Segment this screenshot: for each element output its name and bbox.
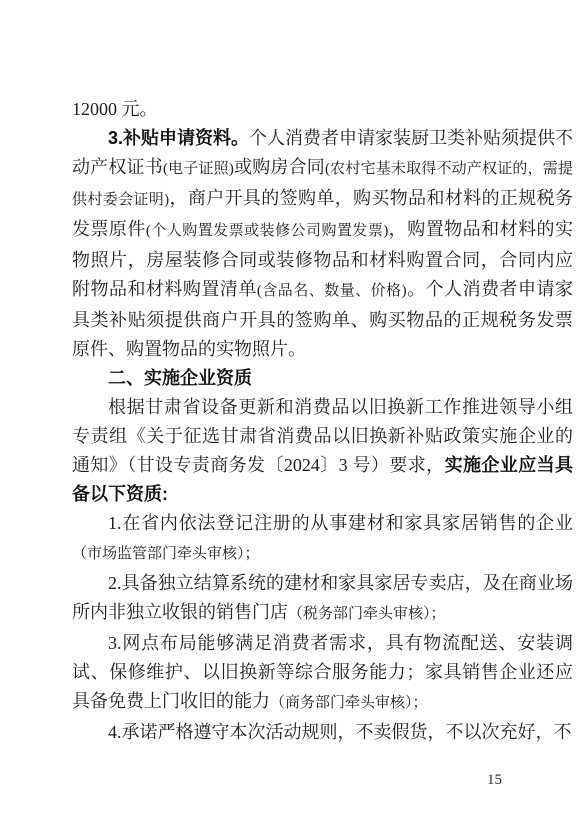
qualification-item-2: 2.具备独立结算系统的建材和家具家居专卖店，及在商业场所内非独立收银的销售门店（… (72, 569, 573, 629)
qualification-item-3: 3.网点布局能够满足消费者需求，具有物流配送、安装调试、保修维护、以旧换新等综合… (72, 629, 573, 718)
para-amount-continuation: 12000 元。 (72, 95, 573, 124)
qualification-item-4: 4.承诺严格遵守本次活动规则，不卖假货，不以次充好，不 (72, 718, 573, 747)
text-run-normal: 或购房合同 (234, 157, 325, 177)
text-run-normal: 12000 元。 (72, 99, 158, 119)
heading-section-two-enterprise-qualifications: 二、实施企业资质 (72, 364, 573, 393)
text-run-normal: 1.在省内依法登记注册的从事建材和家具家居销售的企业 (108, 513, 573, 533)
text-run-small: （市场监管部门牵头审核）； (72, 546, 260, 562)
text-run-small: (含品名、数量、价格) (257, 283, 407, 299)
text-run-small: (个人购置发票或装修公司购置发票) (146, 223, 388, 239)
text-run-heading: 二、实施企业资质 (108, 368, 252, 388)
text-run-small: （商务部门牵头审核）； (270, 695, 428, 711)
text-run-normal: 4.承诺严格遵守本次活动规则，不卖假货，不以次充好，不 (108, 722, 572, 742)
text-run-small: (电子证照) (163, 161, 234, 177)
page-number: 15 (487, 770, 502, 790)
text-run-small: （税务部门牵头审核）； (288, 606, 446, 622)
para-policy-basis: 根据甘肃省设备更新和消费品以旧换新工作推进领导小组专责组《关于征选甘肃省消费品以… (72, 393, 573, 509)
para-subsidy-application-materials: 3.补贴申请资料。个人消费者申请家装厨卫类补贴须提供不动产权证书(电子证照)或购… (72, 124, 573, 364)
document-page: 12000 元。3.补贴申请资料。个人消费者申请家装厨卫类补贴须提供不动产权证书… (0, 0, 584, 829)
text-run-bold: 3.补贴申请资料。 (108, 128, 249, 148)
document-body: 12000 元。3.补贴申请资料。个人消费者申请家装厨卫类补贴须提供不动产权证书… (72, 95, 573, 747)
qualification-item-1: 1.在省内依法登记注册的从事建材和家具家居销售的企业（市场监管部门牵头审核）； (72, 509, 573, 569)
